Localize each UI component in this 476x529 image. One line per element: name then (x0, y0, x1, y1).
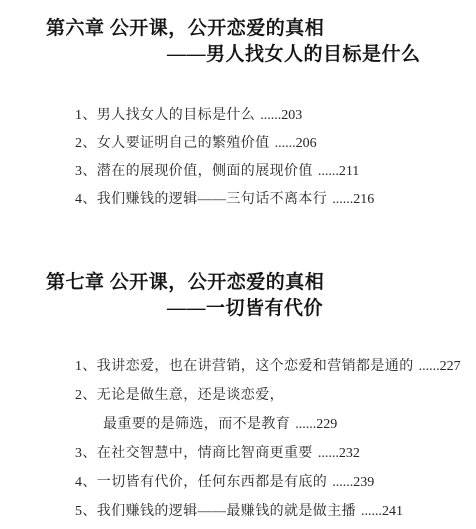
chapter-7-subtitle: ——一切皆有代价 (167, 296, 476, 322)
toc-leader-dots: ...... (361, 504, 382, 519)
toc-page-number: 229 (316, 417, 337, 432)
toc-entry: 3、在社交智慧中，情商比智商更重要......232 (75, 439, 476, 468)
toc-entry-text: 1、男人找女人的目标是什么 (75, 108, 255, 123)
toc-entry-text: 4、我们赚钱的逻辑——三句话不离本行 (75, 192, 327, 207)
toc-page-number: 239 (353, 475, 374, 490)
toc-page-number: 216 (353, 192, 374, 207)
toc-entry-continuation: 最重要的是筛选，而不是教育......229 (75, 410, 476, 439)
toc-page-number: 203 (281, 108, 302, 123)
chapter-7-section: 第七章 公开课，公开恋爱的真相 ——一切皆有代价 1、我讲恋爱，也在讲营销，这个… (0, 270, 476, 526)
toc-leader-dots: ...... (260, 108, 281, 123)
toc-entry-two-line: 2、无论是做生意，还是谈恋爱， 最重要的是筛选，而不是教育......229 (75, 381, 476, 439)
toc-leader-dots: ...... (332, 192, 353, 207)
toc-entry: 4、我们赚钱的逻辑——三句话不离本行......216 (75, 186, 476, 214)
toc-entry-text: 最重要的是筛选，而不是教育 (103, 417, 290, 432)
toc-entry: 5、我们赚钱的逻辑——最赚钱的就是做主播......241 (75, 497, 476, 526)
toc-entry-text: 5、我们赚钱的逻辑——最赚钱的就是做主播 (75, 504, 356, 519)
toc-leader-dots: ...... (295, 417, 316, 432)
chapter-6-title: 第六章 公开课，公开恋爱的真相 (46, 16, 476, 42)
toc-page-number: 227 (440, 359, 461, 374)
toc-entry: 3、潜在的展现价值，侧面的展现价值......211 (75, 158, 476, 186)
toc-entry-text: 2、无论是做生意，还是谈恋爱， (75, 381, 476, 410)
toc-entry: 4、一切皆有代价，任何东西都是有底的......239 (75, 468, 476, 497)
toc-entry-text: 3、潜在的展现价值，侧面的展现价值 (75, 164, 313, 179)
toc-page-number: 211 (339, 164, 359, 179)
toc-entry-text: 1、我讲恋爱，也在讲营销，这个恋爱和营销都是通的 (75, 359, 414, 374)
toc-leader-dots: ...... (318, 446, 339, 461)
book-toc-page: 第六章 公开课，公开恋爱的真相 ——男人找女人的目标是什么 1、男人找女人的目标… (0, 0, 476, 529)
toc-leader-dots: ...... (332, 475, 353, 490)
toc-leader-dots: ...... (318, 164, 339, 179)
chapter-6-section: 第六章 公开课，公开恋爱的真相 ——男人找女人的目标是什么 1、男人找女人的目标… (0, 16, 476, 214)
toc-entry-text: 2、女人要证明自己的繁殖价值 (75, 136, 270, 151)
toc-entry-text: 3、在社交智慧中，情商比智商更重要 (75, 446, 313, 461)
toc-entry: 1、男人找女人的目标是什么......203 (75, 102, 476, 130)
chapter-6-subtitle: ——男人找女人的目标是什么 (167, 42, 476, 68)
chapter-6-toc-list: 1、男人找女人的目标是什么......203 2、女人要证明自己的繁殖价值...… (75, 102, 476, 214)
toc-entry: 1、我讲恋爱，也在讲营销，这个恋爱和营销都是通的......227 (75, 352, 476, 381)
toc-page-number: 241 (382, 504, 403, 519)
toc-page-number: 232 (339, 446, 360, 461)
toc-entry: 2、女人要证明自己的繁殖价值......206 (75, 130, 476, 158)
toc-page-number: 206 (296, 136, 317, 151)
chapter-7-toc-list: 1、我讲恋爱，也在讲营销，这个恋爱和营销都是通的......227 2、无论是做… (75, 352, 476, 526)
toc-leader-dots: ...... (275, 136, 296, 151)
chapter-7-title: 第七章 公开课，公开恋爱的真相 (46, 270, 476, 296)
toc-leader-dots: ...... (419, 359, 440, 374)
toc-entry-text: 4、一切皆有代价，任何东西都是有底的 (75, 475, 327, 490)
